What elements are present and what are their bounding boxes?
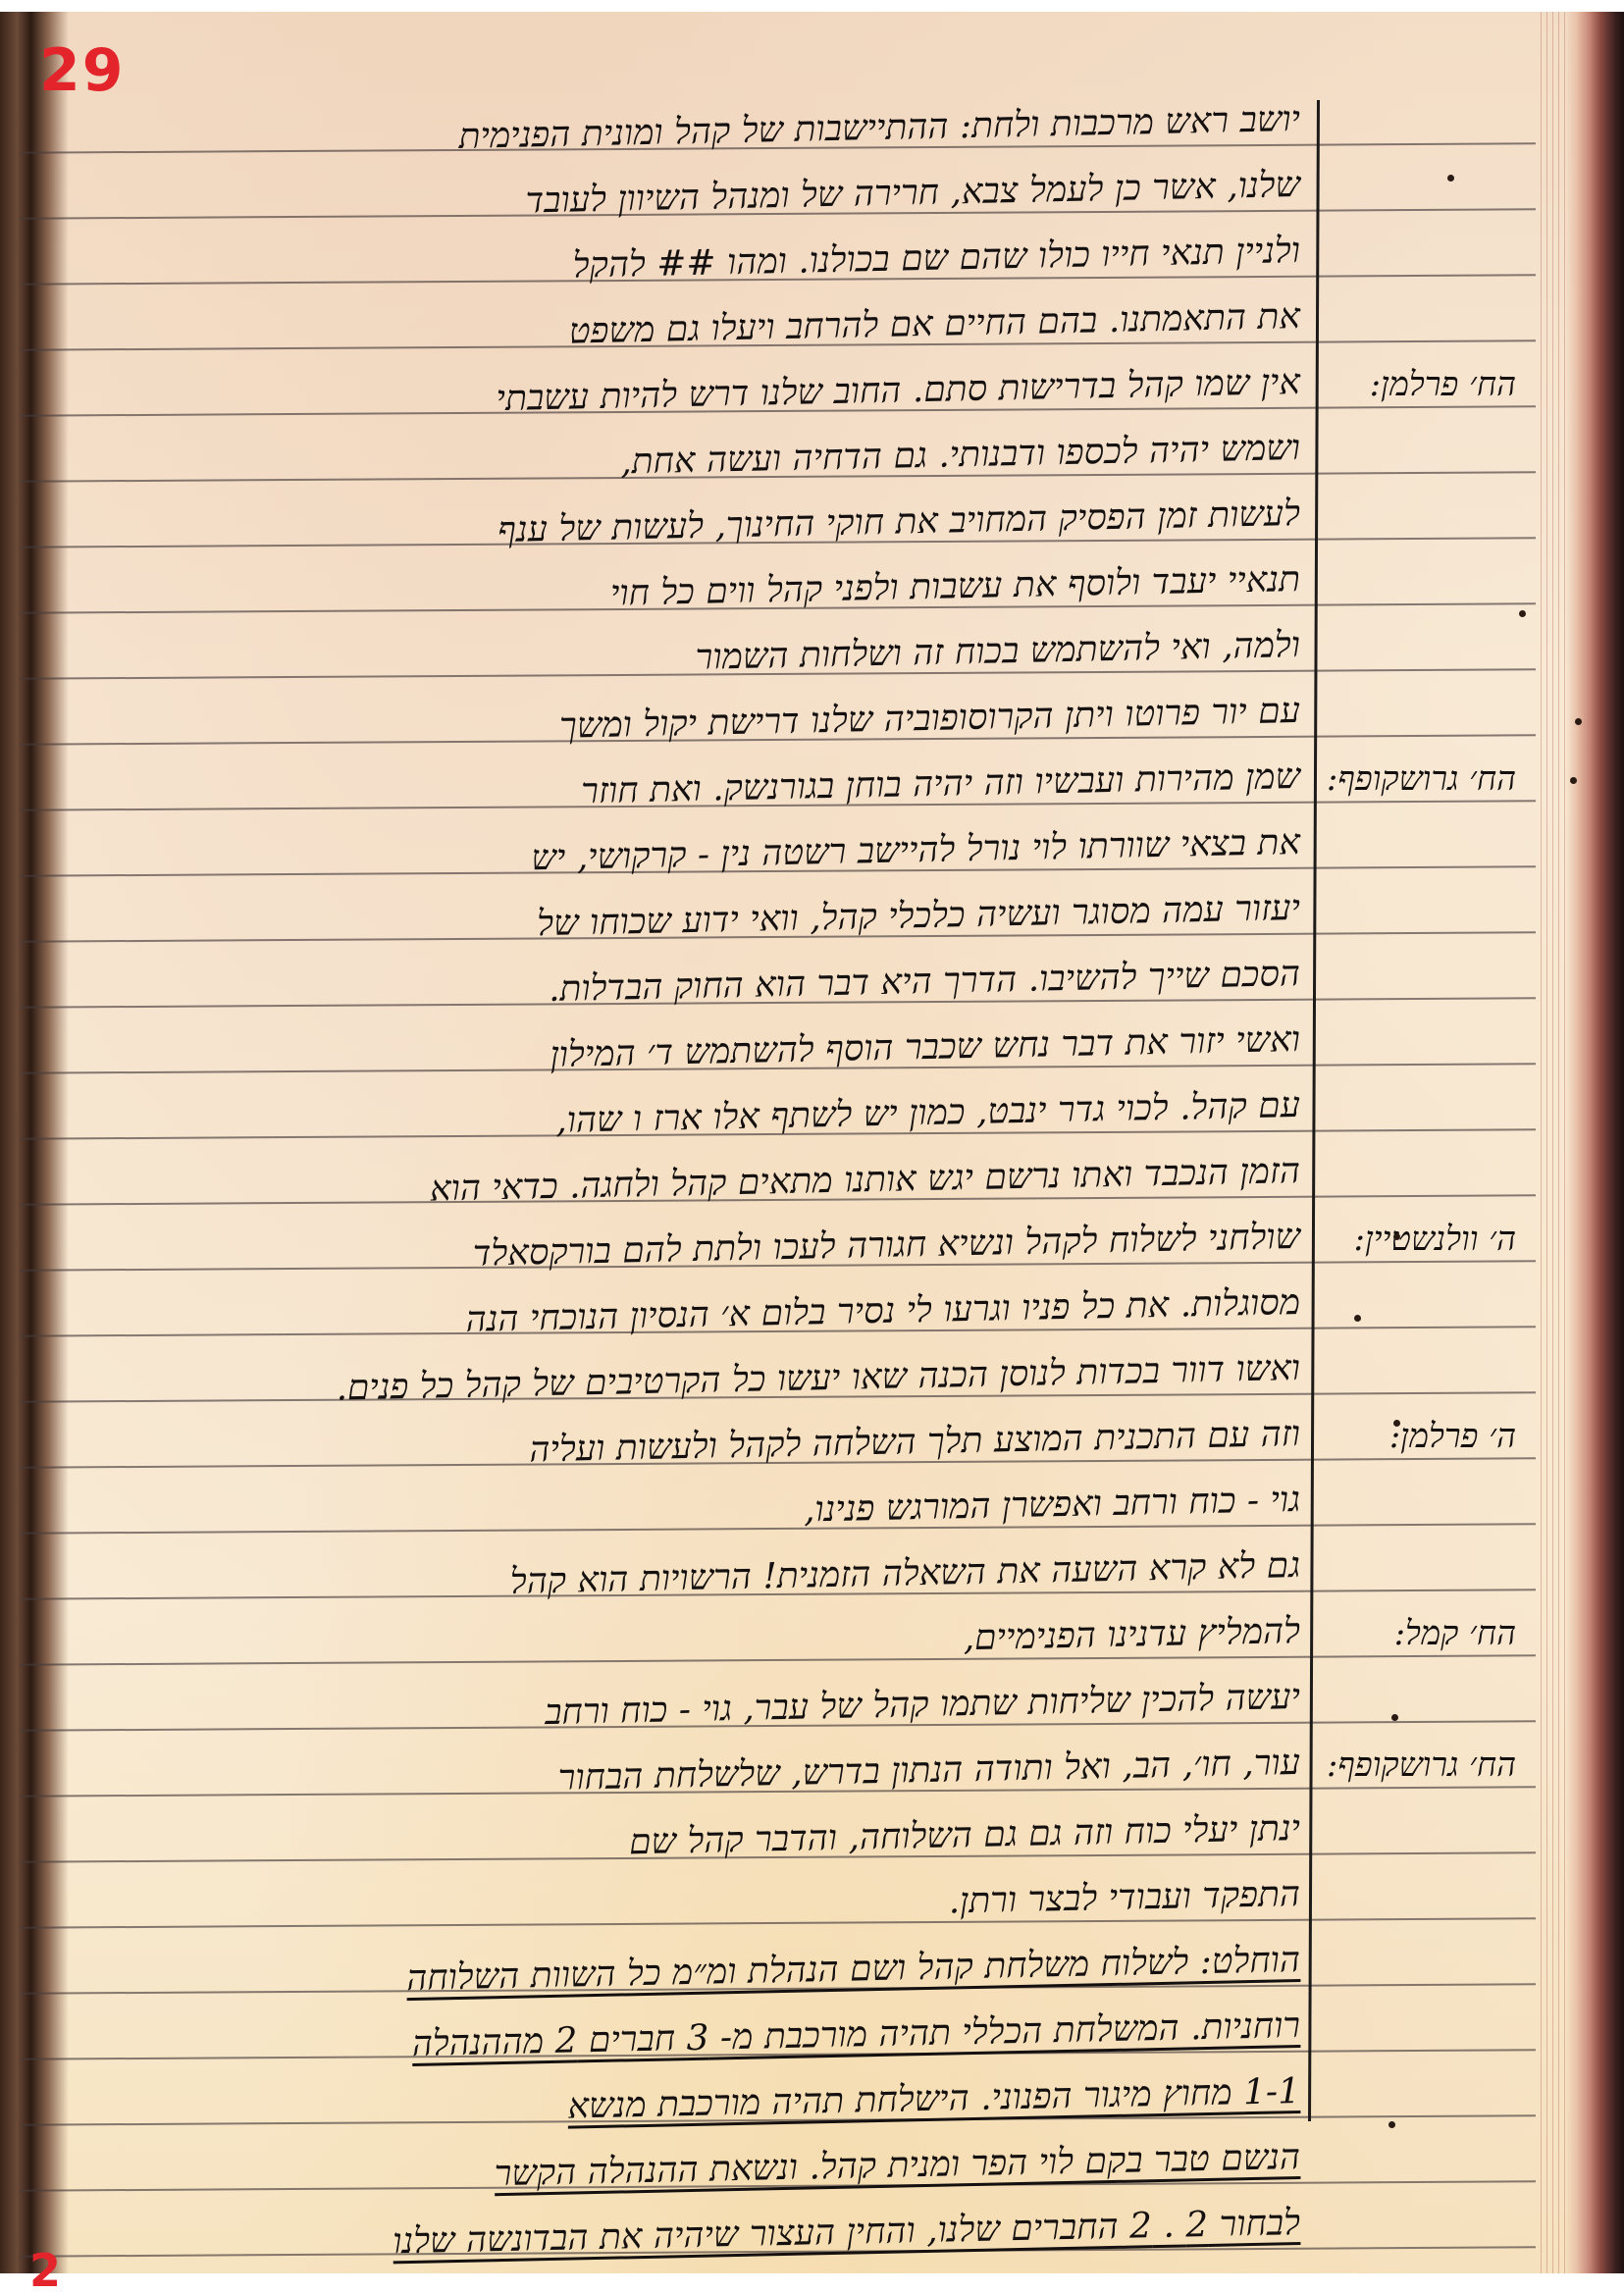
ink-dot xyxy=(1388,2121,1395,2128)
ink-dot xyxy=(1575,718,1582,725)
ink-dot xyxy=(1570,777,1577,784)
speaker-label: הח׳ גרושקופף: xyxy=(1330,1746,1516,1785)
speaker-label: הח׳ פרלמן: xyxy=(1330,365,1516,404)
handwritten-line: הנשם טבר בקם לוי הפר ומנית קהל. ונשאת הה… xyxy=(191,2136,1301,2203)
page-number: 29 xyxy=(39,36,126,105)
handwritten-line: 1-1 מחוץ מיגור הפנוני. הישלחת תהיה מורכב… xyxy=(191,2070,1301,2137)
handwritten-line: שלנו, אשר כן לעמל צבא, חרירה של ומנהל הש… xyxy=(191,164,1301,231)
ink-dot xyxy=(1393,1420,1400,1427)
handwritten-line: התפקד ועבודי לבצר ורתן. xyxy=(191,1873,1301,1940)
handwritten-line: וזה עם התכנית המוצע תלך השלחה לקהל ולעשו… xyxy=(191,1413,1301,1480)
handwritten-line: ולניין תנאי חייו כולו שהם שם בכולנו. ומה… xyxy=(191,230,1301,296)
handwritten-line: הסכם שייך להשיבו. הדרך היא דבר הוא החוק … xyxy=(191,953,1301,1019)
handwritten-line: יעזור עמה מסוגר ועשיה כלכלי קהל, וואי יד… xyxy=(191,887,1301,954)
ink-dot xyxy=(1391,1714,1398,1721)
page-edge-lines xyxy=(1536,12,1565,2273)
handwritten-line: את בצאי שוורתו לוי נורל להיישב רשטה נין … xyxy=(191,821,1301,888)
margin-rule xyxy=(1308,100,1320,2121)
handwritten-line: לבחור 2 . 2 החברים שלנו, והחין העצור שיה… xyxy=(191,2202,1301,2268)
handwritten-line: גוי - כוח ורחב ואפשרן המורגש פנינו, xyxy=(191,1479,1301,1545)
handwritten-line: גם לא קרא השעה את השאלה הזמנית! הרשויות … xyxy=(191,1544,1301,1611)
ink-dot xyxy=(1519,610,1526,617)
page-edge-right xyxy=(1565,12,1624,2273)
handwritten-line: שולחני לשלוח לקהל ונשיא חגורה לעכו ולתת … xyxy=(191,1216,1301,1282)
speaker-label: ה׳ פרלמן: xyxy=(1330,1417,1516,1456)
handwritten-line: שמן מהירות ועבשיו וזה יהיה בוחן בגורנשק.… xyxy=(191,756,1301,822)
handwritten-line: עור, חו׳, הב, ואל ותודה הנתון בדרש, שלשל… xyxy=(191,1742,1301,1808)
ink-dot xyxy=(1393,1233,1400,1240)
ink-dot xyxy=(1354,1315,1361,1322)
handwritten-line: תנאיי יעבד ולוסף את עשבות ולפני קהל ווים… xyxy=(191,558,1301,625)
folio-mark: 2 xyxy=(29,2244,61,2293)
handwritten-line: את התאמתנו. בהם החיים אם להרחב ויעלו גם … xyxy=(191,295,1301,362)
scanned-notebook-page: 29 2 יושב ראש מרכבות ולחת: ההתיישבות של … xyxy=(0,12,1624,2273)
handwritten-line: הוחלט: לשלוח משלחת קהל ושם הנהלת ומ״מ כל… xyxy=(191,1939,1301,2006)
handwritten-line: להמליץ עדנינו הפנימיים, xyxy=(191,1610,1301,1677)
handwritten-line: ולמה, ואי להשתמש בכוח זה ושלחות השמור xyxy=(191,624,1301,691)
binding-gutter-shadow xyxy=(0,12,69,2273)
handwritten-line: מסוגלות. את כל פניו וגרעו לי נסיר בלום א… xyxy=(191,1281,1301,1348)
handwritten-line: הזמן הנכבד ואתו נרשם יגש אותנו מתאים קהל… xyxy=(191,1150,1301,1217)
speaker-label: הח׳ קמל: xyxy=(1330,1614,1516,1653)
handwritten-line: ינתן יעלי כוח וזה גם גם השלוחה, והדבר קה… xyxy=(191,1807,1301,1874)
speaker-label: ה׳ וולנשטיין: xyxy=(1330,1220,1516,1259)
handwritten-line: עם יור פרוטו ויתן הקרוסופוביה שלנו דרישת… xyxy=(191,690,1301,756)
handwritten-line: רוחניות. המשלחת הכללי תהיה מורכבת מ- 3 ח… xyxy=(191,2005,1301,2071)
handwritten-line: יעשה להכין שליחות שתמו קהל של עבר, גוי -… xyxy=(191,1676,1301,1743)
handwritten-line: ואשי יזור את דבר נחש שכבר הוסף להשתמש ד׳… xyxy=(191,1018,1301,1085)
handwritten-line: ואשו דוור בכדות לנוסן הכנה שאו יעשו כל ה… xyxy=(191,1347,1301,1414)
handwritten-line: אין שמו קהל בדרישות סתם. החוב שלנו דרש ל… xyxy=(191,361,1301,428)
handwritten-line: לעשות זמן הפסיק המחויב את חוקי החינוך, ל… xyxy=(191,493,1301,559)
speaker-label: הח׳ גרושקופף: xyxy=(1330,759,1516,799)
handwritten-line: ושמש יהיה לכספו ודבנותי. גם הדחיה ועשה א… xyxy=(191,427,1301,494)
ink-dot xyxy=(1447,175,1454,182)
handwritten-line: עם קהל. לכוי גדר ינבט, כמון יש לשתף אלו … xyxy=(191,1084,1301,1151)
handwritten-line: יושב ראש מרכבות ולחת: ההתיישבות של קהל ו… xyxy=(191,98,1301,165)
